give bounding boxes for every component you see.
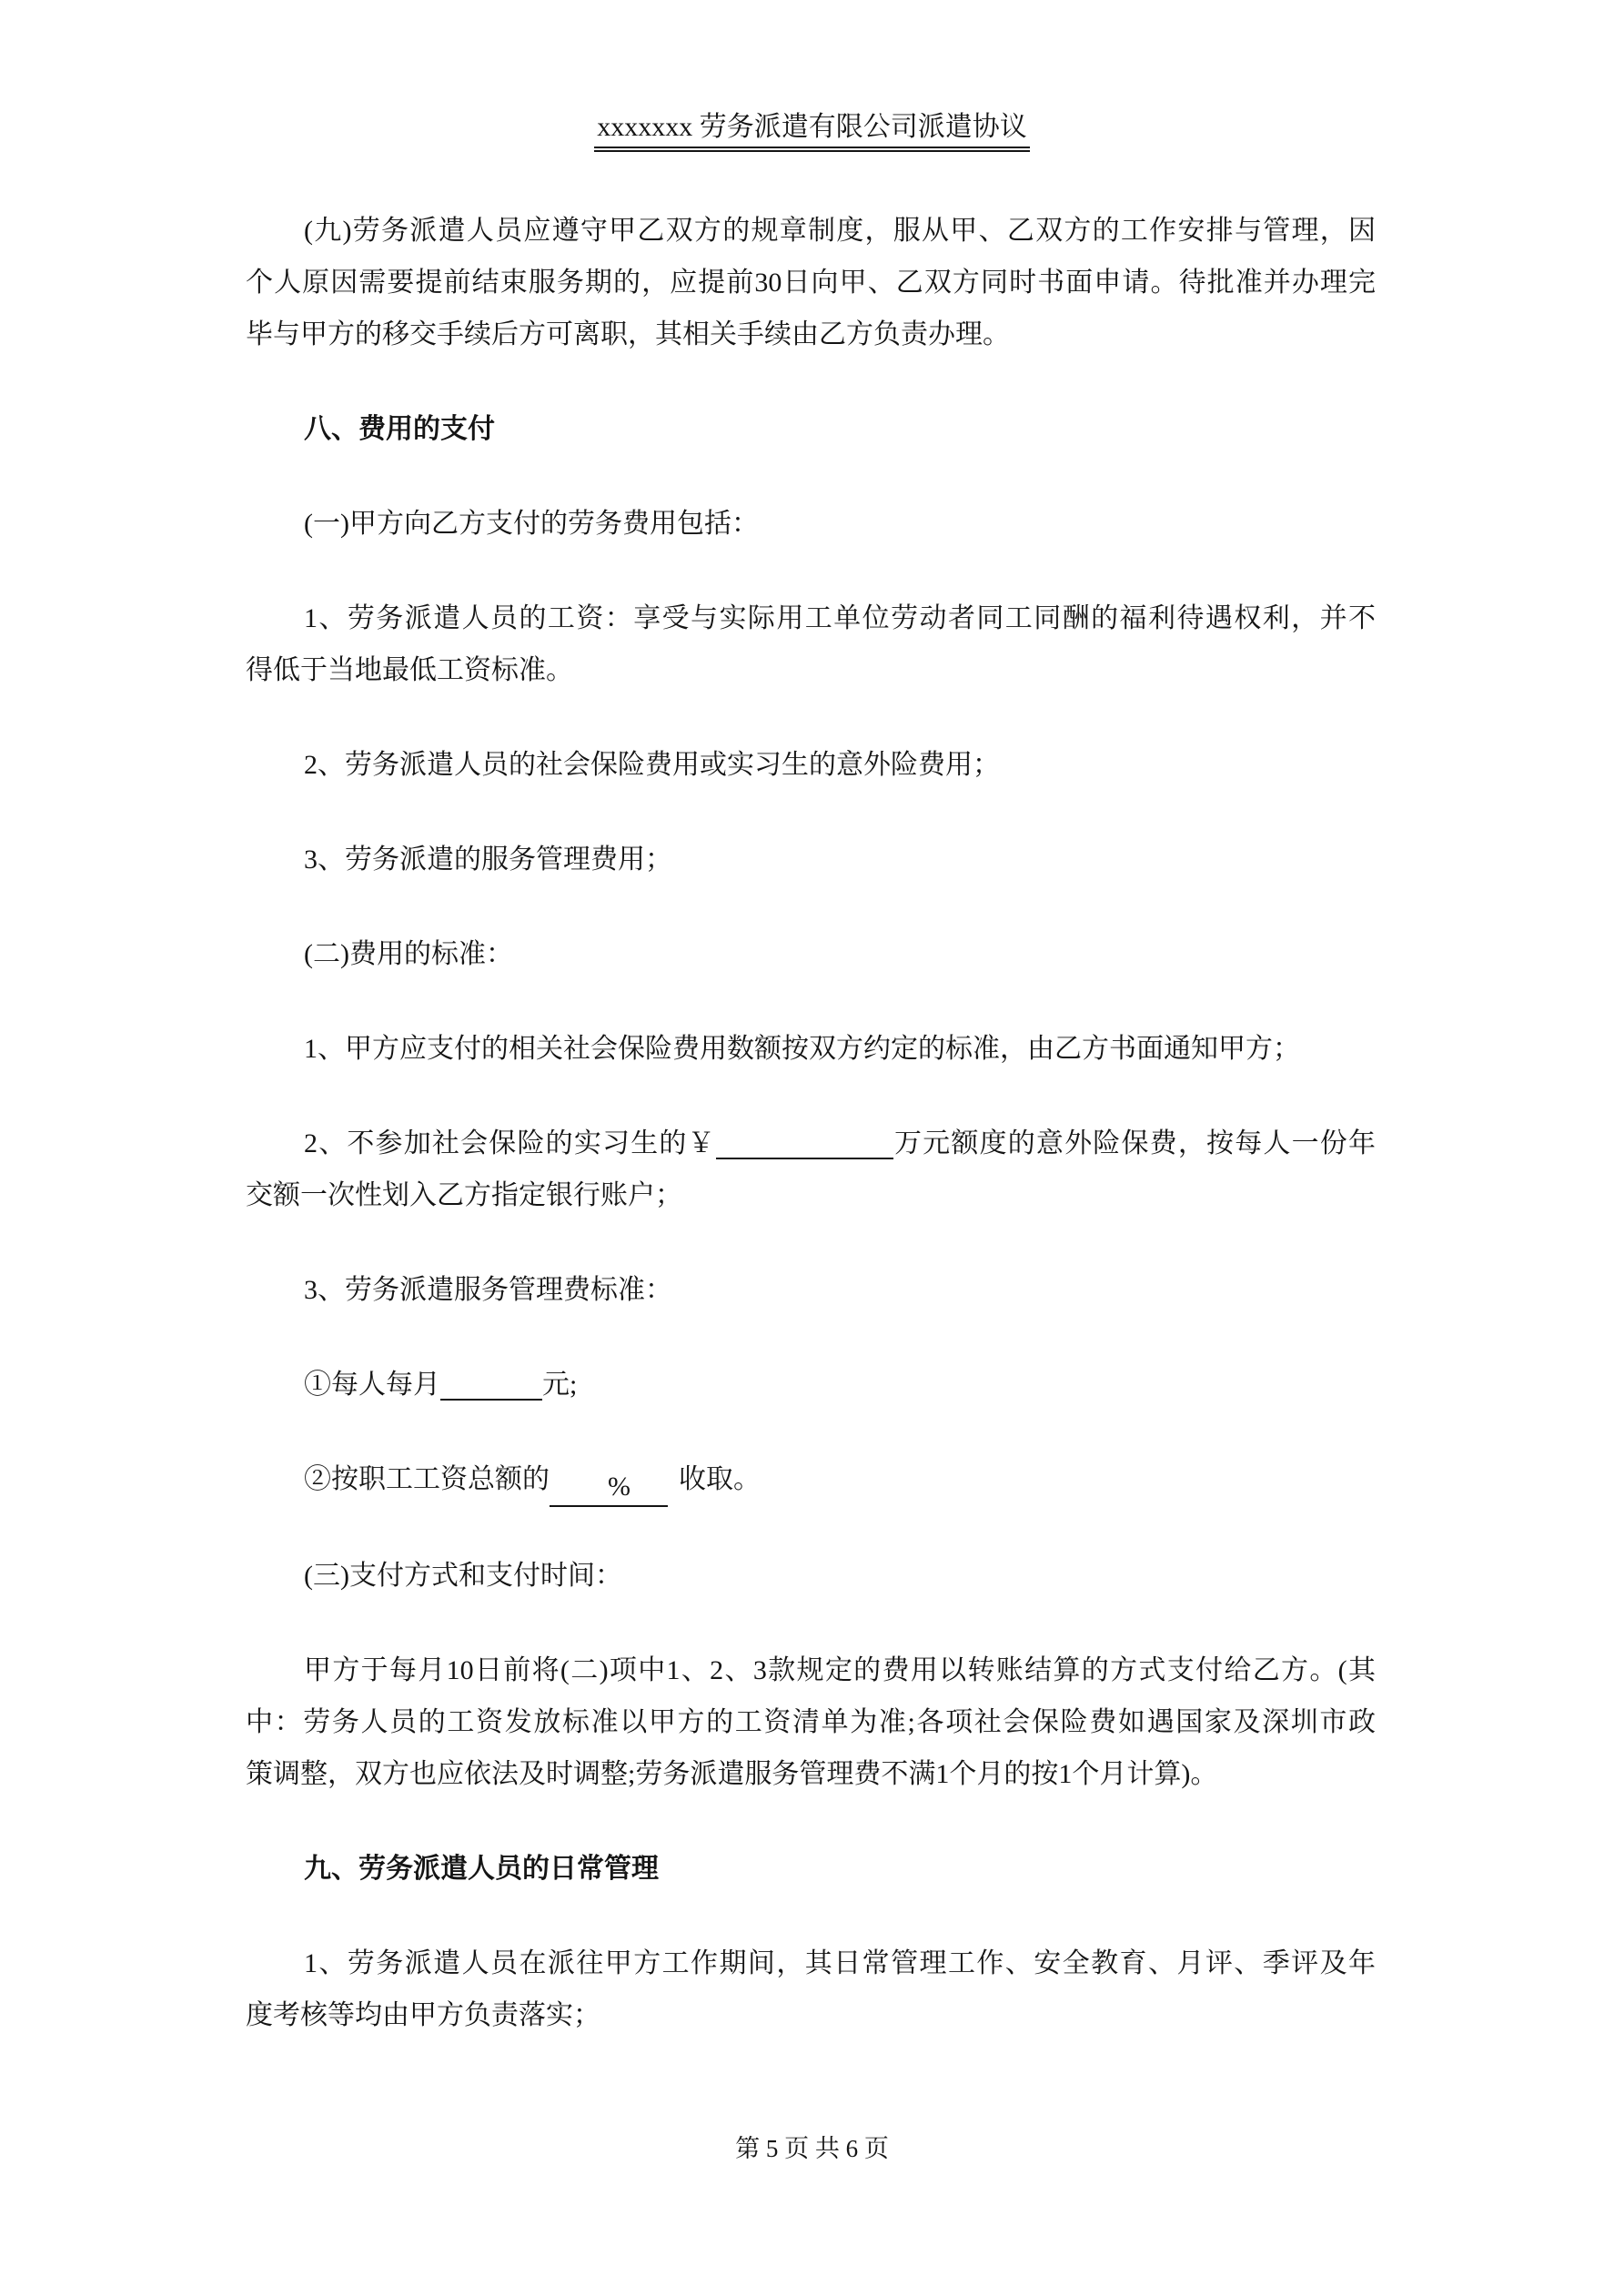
text-line: 甲方于每月10日前将(二)项中1、2、3款规定的费用以转账结算的方式支付给乙方。… xyxy=(246,1644,1376,1696)
text-line: 1、劳务派遣人员在派往甲方工作期间，其日常管理工作、安全教育、月评、季评及年 xyxy=(246,1937,1376,1989)
fee-item-2-paragraph: 2、劳务派遣人员的社会保险费用或实习生的意外险费用； xyxy=(246,739,1376,791)
fee-item-1-paragraph: 1、劳务派遣人员的工资：享受与实际用工单位劳动者同工同酬的福利待遇权利，并不 得… xyxy=(246,592,1376,696)
percent-sign: % xyxy=(608,1472,630,1502)
clause-9-paragraph: (九)劳务派遣人员应遵守甲乙双方的规章制度，服从甲、乙双方的工作安排与管理，因 … xyxy=(246,205,1376,360)
text-line: 交额一次性划入乙方指定银行账户； xyxy=(246,1169,1376,1221)
payment-terms-paragraph: 甲方于每月10日前将(二)项中1、2、3款规定的费用以转账结算的方式支付给乙方。… xyxy=(246,1644,1376,1800)
standard-item-3-paragraph: 3、劳务派遣服务管理费标准： xyxy=(246,1264,1376,1316)
text-line: 3、劳务派遣的服务管理费用； xyxy=(246,834,1376,885)
section-9-heading: 九、劳务派遣人员的日常管理 xyxy=(246,1843,1376,1895)
text-segment: 2、不参加社会保险的实习生的￥ xyxy=(304,1128,716,1158)
fee-item-3-paragraph: 3、劳务派遣的服务管理费用； xyxy=(246,834,1376,885)
text-line: (九)劳务派遣人员应遵守甲乙双方的规章制度，服从甲、乙双方的工作安排与管理，因 xyxy=(246,205,1376,257)
text-segment: 万元额度的意外险保费，按每人一份年 xyxy=(893,1128,1376,1158)
page-number: 第 5 页 共 6 页 xyxy=(735,2135,889,2162)
standard-intro-paragraph: (二)费用的标准： xyxy=(246,928,1376,980)
page-footer: 第 5 页 共 6 页 xyxy=(0,2128,1624,2170)
text-line: 2、不参加社会保险的实习生的￥万元额度的意外险保费，按每人一份年 xyxy=(246,1118,1376,1169)
heading-text: 九、劳务派遣人员的日常管理 xyxy=(246,1843,1376,1895)
document-body: (九)劳务派遣人员应遵守甲乙双方的规章制度，服从甲、乙双方的工作安排与管理，因 … xyxy=(246,205,1376,2084)
fill-in-blank-percent: % xyxy=(550,1469,668,1507)
text-line: ②按职工工资总额的%收取。 xyxy=(246,1453,1376,1507)
header-title: xxxxxxx 劳务派遣有限公司派遣协议 xyxy=(594,110,1030,152)
section-8-intro-paragraph: (一)甲方向乙方支付的劳务费用包括： xyxy=(246,498,1376,550)
text-line: 3、劳务派遣服务管理费标准： xyxy=(246,1264,1376,1316)
text-line: 1、甲方应支付的相关社会保险费用数额按双方约定的标准，由乙方书面通知甲方； xyxy=(246,1023,1376,1075)
text-line: 毕与甲方的移交手续后方可离职，其相关手续由乙方负责办理。 xyxy=(246,308,1376,360)
heading-text: 八、费用的支付 xyxy=(246,403,1376,455)
text-segment: ②按职工工资总额的 xyxy=(304,1464,550,1494)
text-line: 度考核等均由甲方负责落实； xyxy=(246,1989,1376,2041)
daily-management-item-1-paragraph: 1、劳务派遣人员在派往甲方工作期间，其日常管理工作、安全教育、月评、季评及年 度… xyxy=(246,1937,1376,2041)
text-line: (二)费用的标准： xyxy=(246,928,1376,980)
text-line: 1、劳务派遣人员的工资：享受与实际用工单位劳动者同工同酬的福利待遇权利，并不 xyxy=(246,592,1376,644)
management-fee-per-person-paragraph: ①每人每月元; xyxy=(246,1359,1376,1411)
management-fee-percent-paragraph: ②按职工工资总额的%收取。 xyxy=(246,1453,1376,1507)
section-8-heading: 八、费用的支付 xyxy=(246,403,1376,455)
text-line: 中：劳务人员的工资发放标准以甲方的工资清单为准;各项社会保险费如遇国家及深圳市政 xyxy=(246,1696,1376,1748)
fill-in-blank-amount xyxy=(716,1125,893,1159)
text-segment: 元; xyxy=(542,1370,577,1400)
text-segment: 收取。 xyxy=(679,1464,761,1494)
text-line: 2、劳务派遣人员的社会保险费用或实习生的意外险费用； xyxy=(246,739,1376,791)
text-line: ①每人每月元; xyxy=(246,1359,1376,1411)
page-header: xxxxxxx 劳务派遣有限公司派遣协议 xyxy=(0,110,1624,152)
contract-page: xxxxxxx 劳务派遣有限公司派遣协议 (九)劳务派遣人员应遵守甲乙双方的规章… xyxy=(0,0,1624,2296)
text-line: 策调整，双方也应依法及时调整;劳务派遣服务管理费不满1个月的按1个月计算)。 xyxy=(246,1748,1376,1800)
standard-item-2-paragraph: 2、不参加社会保险的实习生的￥万元额度的意外险保费，按每人一份年 交额一次性划入… xyxy=(246,1118,1376,1221)
payment-intro-paragraph: (三)支付方式和支付时间： xyxy=(246,1550,1376,1602)
text-line: (一)甲方向乙方支付的劳务费用包括： xyxy=(246,498,1376,550)
text-line: (三)支付方式和支付时间： xyxy=(246,1550,1376,1602)
standard-item-1-paragraph: 1、甲方应支付的相关社会保险费用数额按双方约定的标准，由乙方书面通知甲方； xyxy=(246,1023,1376,1075)
fill-in-blank-monthly-fee xyxy=(440,1366,542,1401)
text-line: 个人原因需要提前结束服务期的，应提前30日向甲、乙双方同时书面申请。待批准并办理… xyxy=(246,257,1376,308)
text-segment: ①每人每月 xyxy=(304,1370,440,1400)
text-line: 得低于当地最低工资标准。 xyxy=(246,644,1376,696)
